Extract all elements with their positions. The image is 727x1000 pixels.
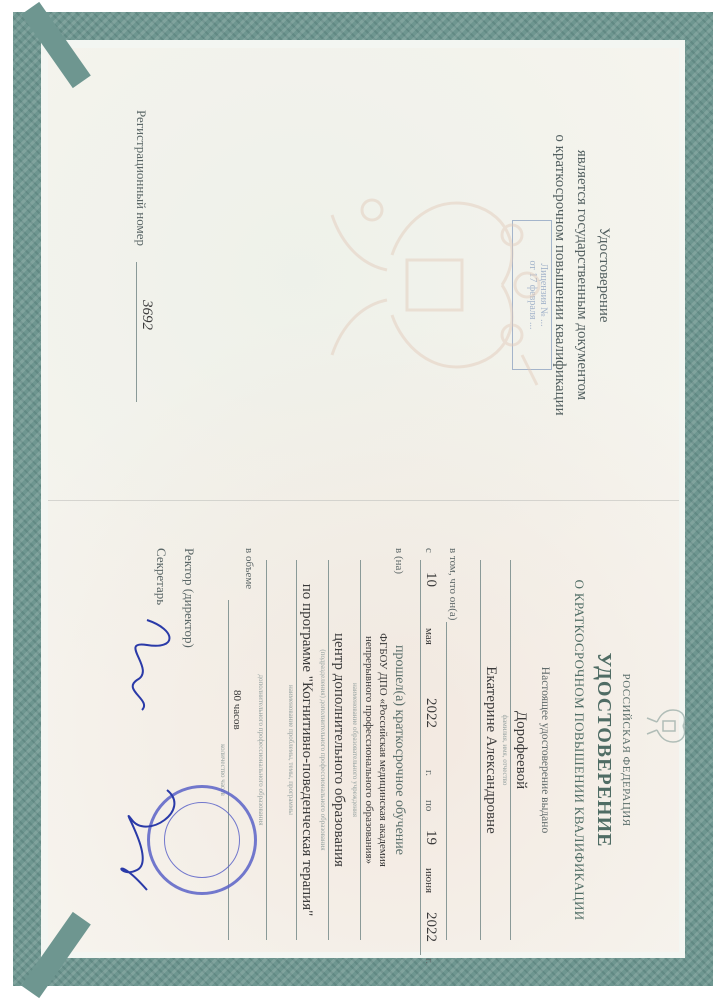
country-label: РОССИЙСКАЯ ФЕДЕРАЦИЯ bbox=[620, 540, 632, 960]
confirm-label: в том, что он(а) bbox=[447, 548, 459, 620]
hours-value: 80 часов bbox=[231, 690, 243, 730]
registration-label: Регистрационный номер bbox=[133, 110, 149, 246]
to-day: 19 bbox=[422, 830, 439, 845]
date-underline bbox=[420, 560, 421, 955]
additional-underline bbox=[266, 560, 267, 940]
from-prefix: с bbox=[423, 548, 435, 553]
emblem-icon bbox=[645, 705, 691, 747]
institution-line-1: ФГБОУ ДПО «Российская медицинская академ… bbox=[377, 540, 389, 960]
from-year: 2022 bbox=[422, 698, 439, 728]
to-prefix: по bbox=[423, 800, 435, 811]
program-underline bbox=[296, 560, 297, 940]
issued-to-label: Настоящее удостоверение выдано bbox=[539, 540, 551, 960]
volume-label: в объеме bbox=[243, 548, 255, 589]
back-page-heading: Удостоверение является государственным д… bbox=[549, 60, 615, 490]
given-names-underline bbox=[480, 560, 481, 940]
to-month: июня bbox=[423, 868, 435, 893]
additional-caption: дополнительного профессионального образо… bbox=[257, 540, 265, 960]
department-underline bbox=[328, 560, 329, 940]
registration-underline bbox=[136, 262, 137, 402]
institution-line-2: непрерывного профессионального образован… bbox=[363, 540, 375, 960]
program-caption: наименование проблемы, темы, программы bbox=[287, 540, 295, 960]
rector-signature bbox=[121, 790, 174, 890]
to-year: 2022 bbox=[422, 912, 439, 942]
from-day: 10 bbox=[422, 572, 439, 587]
recipient-surname: Дорофеевой bbox=[512, 540, 529, 960]
coat-of-arms-watermark bbox=[312, 175, 542, 395]
back-heading-line-1: Удостоверение bbox=[593, 60, 615, 490]
department-name: центр дополнительного образования bbox=[330, 540, 347, 960]
secretary-signature bbox=[133, 620, 170, 710]
surname-underline bbox=[510, 560, 511, 940]
institution-caption: наименование образовательного учреждения bbox=[351, 540, 359, 960]
program-name: по программе "Когнитивно-поведенческая т… bbox=[298, 540, 315, 960]
certificate-title: УДОСТОВЕРЕНИЕ bbox=[592, 540, 615, 960]
secretary-label: Секретарь bbox=[153, 548, 169, 605]
back-heading-line-2: является государственным документом bbox=[571, 60, 593, 490]
certificate-subtitle: О КРАТКОСРОЧНОМ ПОВЫШЕНИИ КВАЛИФИКАЦИИ bbox=[571, 540, 587, 960]
signatures bbox=[107, 610, 187, 910]
recipient-given-names: Екатерине Александровне bbox=[482, 540, 499, 960]
name-caption: фамилия, имя, отчество bbox=[501, 540, 509, 960]
to-year-suffix: г. bbox=[423, 958, 435, 964]
from-year-suffix: г. bbox=[423, 770, 435, 776]
registration-number: 3692 bbox=[138, 300, 155, 330]
confirm-underline bbox=[446, 622, 447, 940]
certificate-document: Удостоверение является государственным д… bbox=[0, 0, 727, 1000]
department-caption: (подразделения) дополнительного професси… bbox=[319, 540, 327, 960]
completed-text: прошел(а) краткосрочное обучение bbox=[391, 540, 407, 960]
back-heading-line-3: о краткосрочном повышении квалификации bbox=[549, 60, 571, 490]
fold-line bbox=[48, 500, 679, 501]
hours-underline bbox=[228, 600, 229, 940]
institution-underline bbox=[360, 560, 361, 940]
from-month: мая bbox=[423, 628, 435, 645]
